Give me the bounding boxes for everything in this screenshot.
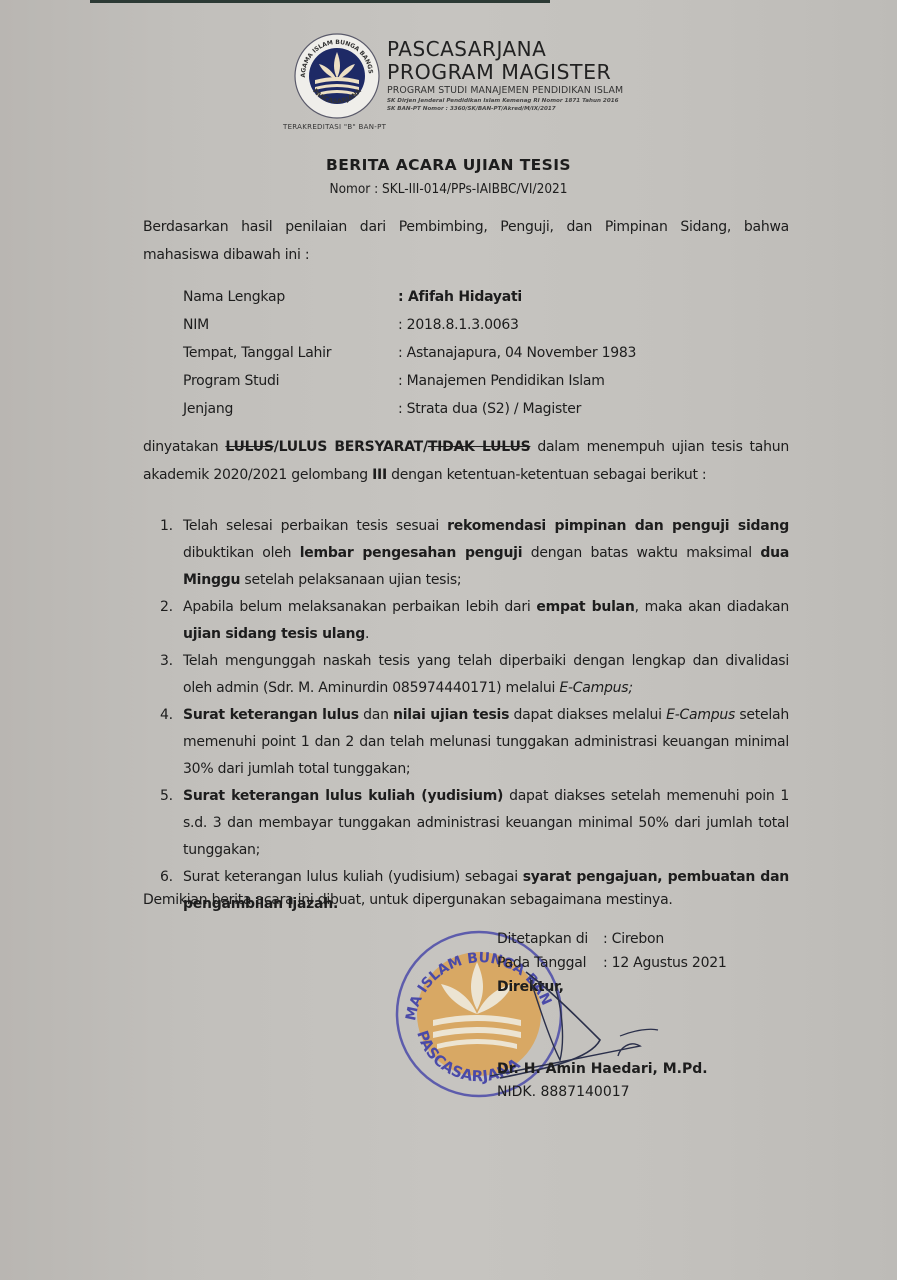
condition-text: Apabila belum melaksanakan perbaikan leb… xyxy=(183,594,789,648)
signer-nidk: NIDK. 8887140017 xyxy=(497,1084,630,1100)
accreditation-label: TERAKREDITASI "B" BAN-PT xyxy=(283,123,386,131)
condition-number: 1. xyxy=(160,513,183,594)
student-info-table: Nama Lengkap: Afifah HidayatiNIM: 2018.8… xyxy=(183,283,636,423)
header-title-line2: PROGRAM MAGISTER xyxy=(387,60,611,84)
student-field-row: Tempat, Tanggal Lahir: Astanajapura, 04 … xyxy=(183,339,636,367)
wave-number: III xyxy=(372,467,387,483)
photo-top-edge xyxy=(90,0,550,3)
status-option-tidak-lulus-struck: TIDAK LULUS xyxy=(428,439,531,455)
condition-text: Telah selesai perbaikan tesis sesuai rek… xyxy=(183,513,789,594)
condition-text: Surat keterangan lulus dan nilai ujian t… xyxy=(183,702,789,783)
condition-number: 3. xyxy=(160,648,183,702)
header-subtitle: PROGRAM STUDI MANAJEMEN PENDIDIKAN ISLAM xyxy=(387,85,623,96)
student-field-row: Jenjang: Strata dua (S2) / Magister xyxy=(183,395,636,423)
header-title-line1: PASCASARJANA xyxy=(387,37,546,61)
student-field-row: Nama Lengkap: Afifah Hidayati xyxy=(183,283,636,311)
field-label: Nama Lengkap xyxy=(183,283,398,311)
condition-number: 4. xyxy=(160,702,183,783)
signer-name: Dr. H. Amin Haedari, M.Pd. xyxy=(497,1061,708,1077)
condition-item: 2.Apabila belum melaksanakan perbaikan l… xyxy=(160,594,789,648)
field-label: NIM xyxy=(183,311,398,339)
closing-statement: Demikian berita acara ini dibuat, untuk … xyxy=(143,886,673,914)
field-value: : Afifah Hidayati xyxy=(398,283,522,311)
field-label: Tempat, Tanggal Lahir xyxy=(183,339,398,367)
field-value: : Strata dua (S2) / Magister xyxy=(398,395,581,423)
student-field-row: NIM: 2018.8.1.3.0063 xyxy=(183,311,636,339)
condition-number: 5. xyxy=(160,783,183,864)
letterhead: INSTITUT AGAMA ISLAM BUNGA BANGSA CIREBO… xyxy=(293,32,663,142)
field-label: Program Studi xyxy=(183,367,398,395)
field-value: : Manajemen Pendidikan Islam xyxy=(398,367,605,395)
condition-text: Surat keterangan lulus kuliah (yudisium)… xyxy=(183,783,789,864)
condition-item: 4.Surat keterangan lulus dan nilai ujian… xyxy=(160,702,789,783)
status-option-lulus-struck: LULUS xyxy=(225,439,273,455)
status-paragraph: dinyatakan LULUS/LULUS BERSYARAT/TIDAK L… xyxy=(143,433,789,489)
conditions-list: 1.Telah selesai perbaikan tesis sesuai r… xyxy=(160,513,789,918)
student-field-row: Program Studi: Manajemen Pendidikan Isla… xyxy=(183,367,636,395)
field-label: Jenjang xyxy=(183,395,398,423)
condition-item: 1.Telah selesai perbaikan tesis sesuai r… xyxy=(160,513,789,594)
condition-text: Telah mengunggah naskah tesis yang telah… xyxy=(183,648,789,702)
field-value: : Astanajapura, 04 November 1983 xyxy=(398,339,636,367)
condition-item: 5.Surat keterangan lulus kuliah (yudisiu… xyxy=(160,783,789,864)
institution-logo-icon: INSTITUT AGAMA ISLAM BUNGA BANGSA CIREBO… xyxy=(293,32,381,120)
document-title: BERITA ACARA UJIAN TESIS xyxy=(0,156,897,174)
condition-item: 3.Telah mengunggah naskah tesis yang tel… xyxy=(160,648,789,702)
condition-number: 2. xyxy=(160,594,183,648)
document-number: Nomor : SKL-III-014/PPs-IAIBBC/VI/2021 xyxy=(0,181,897,197)
header-decree-line2: SK BAN-PT Nomor : 3360/SK/BAN-PT/Akred/M… xyxy=(387,106,556,112)
intro-paragraph: Berdasarkan hasil penilaian dari Pembimb… xyxy=(143,213,789,269)
place-row: Ditetapkan di : Cirebon xyxy=(497,927,727,951)
field-value: : 2018.8.1.3.0063 xyxy=(398,311,519,339)
header-decree-line1: SK Dirjen Jenderal Pendidikan Islam Keme… xyxy=(387,98,619,104)
status-option-lulus-bersyarat: LULUS BERSYARAT xyxy=(279,439,423,455)
